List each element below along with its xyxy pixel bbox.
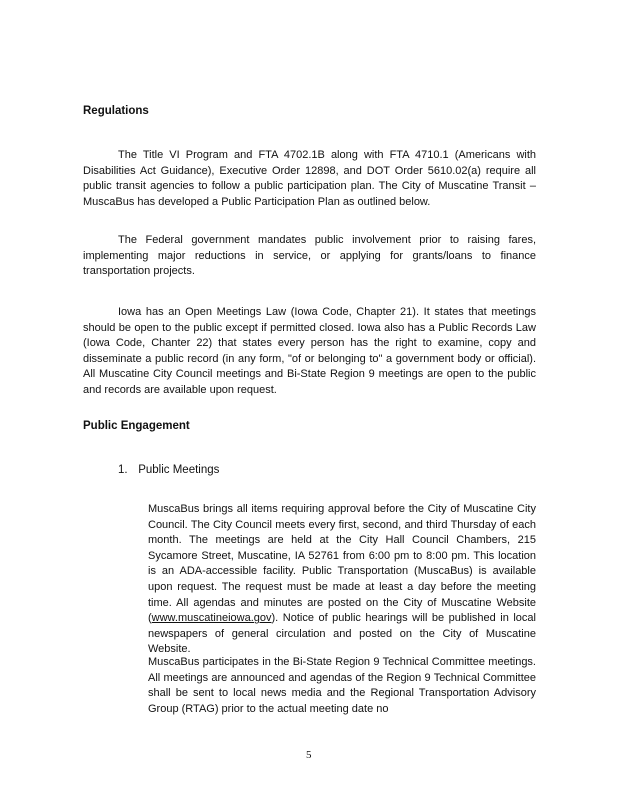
list-item-public-meetings: 1. Public Meetings [118,464,219,476]
regulations-paragraph-3: Iowa has an Open Meetings Law (Iowa Code… [83,305,536,399]
regulations-paragraph-1: The Title VI Program and FTA 4702.1B alo… [83,148,536,210]
regulations-paragraph-2: The Federal government mandates public i… [83,233,536,280]
document-page: Regulations The Title VI Program and FTA… [0,0,618,800]
section-heading-regulations: Regulations [83,105,149,117]
list-item-number: 1. [118,464,135,476]
public-meetings-paragraph-2: MuscaBus participates in the Bi-State Re… [148,655,536,717]
page-number: 5 [306,749,312,761]
section-heading-public-engagement: Public Engagement [83,420,190,432]
muscatine-website-link[interactable]: www.muscatineiowa.gov [152,612,272,624]
paragraph-text: MuscaBus brings all items requiring appr… [148,503,536,624]
list-item-title: Public Meetings [138,464,219,476]
public-meetings-paragraph-1: MuscaBus brings all items requiring appr… [148,502,536,658]
